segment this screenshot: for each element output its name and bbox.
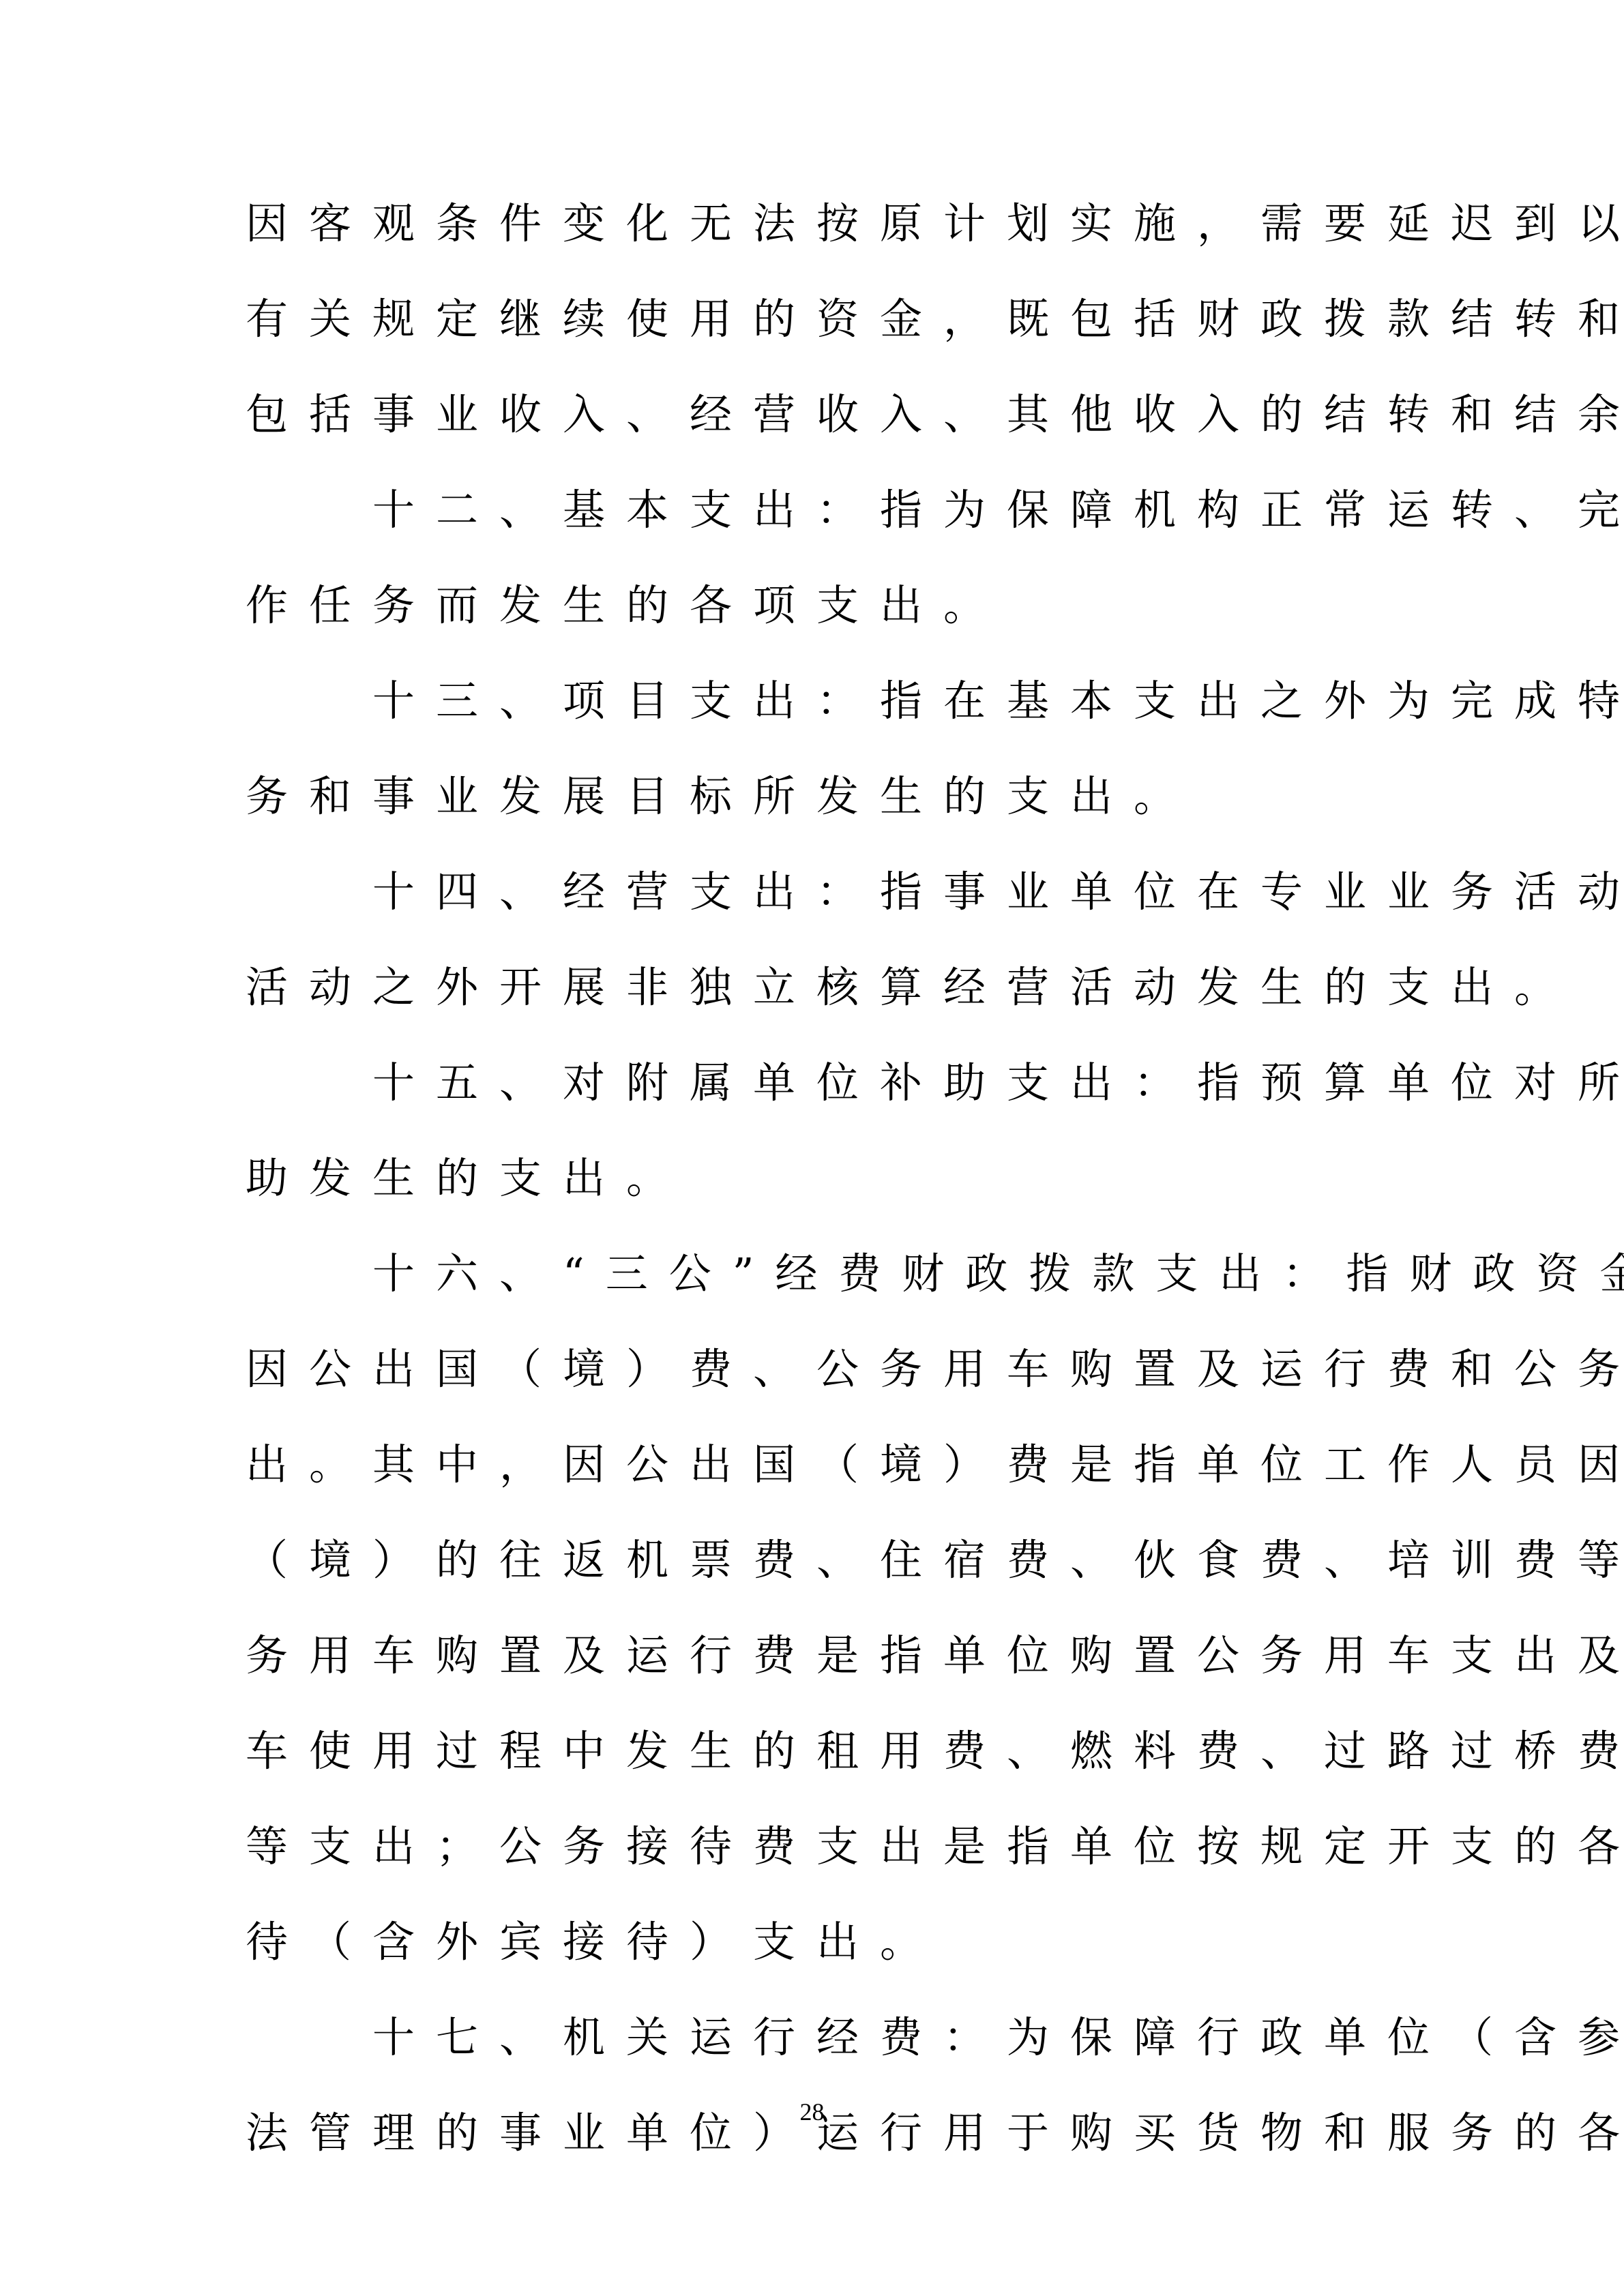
document-page: 因客观条件变化无法按原计划实施，需要延迟到以后年度按 有关规定继续使用的资金，既… xyxy=(0,0,1624,2296)
text-line: 待（含外宾接待）支出。 xyxy=(246,1894,1391,1990)
text-line: 因客观条件变化无法按原计划实施，需要延迟到以后年度按 xyxy=(246,176,1391,271)
text-line: 包括事业收入、经营收入、其他收入的结转和结余。 xyxy=(246,367,1391,462)
text-line: 有关规定继续使用的资金，既包括财政拨款结转和结余，也 xyxy=(246,271,1391,367)
section-heading-line-16: 十六、“三公”经费财政拨款支出：指财政资金安排的 xyxy=(246,1226,1391,1322)
text-line: 出。其中，因公出国（境）费是指单位工作人员因公务出国 xyxy=(246,1417,1391,1512)
text-line: （境）的往返机票费、住宿费、伙食费、培训费等支出；公 xyxy=(246,1512,1391,1608)
text-line: 因公出国（境）费、公务用车购置及运行费和公务接待费支 xyxy=(246,1322,1391,1417)
section-heading-line-15: 十五、对附属单位补助支出：指预算单位对所属单位补 xyxy=(246,1035,1391,1131)
text-line: 助发生的支出。 xyxy=(246,1131,1391,1226)
section-heading-line-17: 十七、机关运行经费：为保障行政单位（含参照公务员 xyxy=(246,1990,1391,2085)
text-line: 活动之外开展非独立核算经营活动发生的支出。 xyxy=(246,940,1391,1035)
body-text: 因客观条件变化无法按原计划实施，需要延迟到以后年度按 有关规定继续使用的资金，既… xyxy=(246,176,1391,2181)
text-line: 务用车购置及运行费是指单位购置公务用车支出及公务用 xyxy=(246,1608,1391,1703)
text-line: 等支出；公务接待费支出是指单位按规定开支的各类公务接 xyxy=(246,1799,1391,1894)
text-line: 务和事业发展目标所发生的支出。 xyxy=(246,749,1391,844)
section-heading-line-13: 十三、项目支出：指在基本支出之外为完成特定行政任 xyxy=(246,653,1391,749)
section-heading-line-12: 十二、基本支出：指为保障机构正常运转、完成日常工 xyxy=(246,462,1391,558)
text-line: 车使用过程中发生的租用费、燃料费、过路过桥费、保险费 xyxy=(246,1703,1391,1799)
section-heading-line-14: 十四、经营支出：指事业单位在专业业务活动及其辅助 xyxy=(246,844,1391,940)
text-line: 作任务而发生的各项支出。 xyxy=(246,558,1391,653)
page-number: 28 xyxy=(0,2095,1624,2129)
